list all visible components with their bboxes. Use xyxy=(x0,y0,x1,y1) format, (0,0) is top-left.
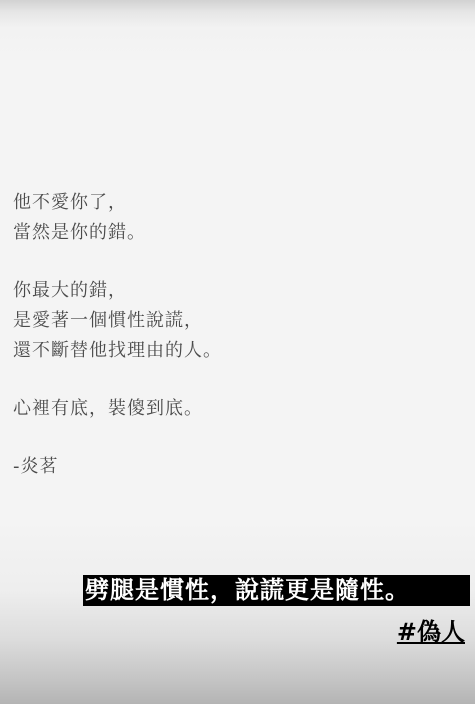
quote-text-block: 他不愛你了， 當然是你的錯。 你最大的錯， 是愛著一個慣性說謊， 還不斷替他找理… xyxy=(13,188,222,482)
stanza-3: 心裡有底，裝傻到底。 xyxy=(13,394,222,424)
stanza-2: 你最大的錯， 是愛著一個慣性說謊， 還不斷替他找理由的人。 xyxy=(13,276,222,366)
author-signature: -炎茗 xyxy=(13,452,222,482)
poem-line: 還不斷替他找理由的人。 xyxy=(13,336,222,366)
highlighted-caption: 劈腿是慣性，說謊更是隨性。 xyxy=(83,575,470,606)
hashtag-link[interactable]: #偽人 xyxy=(397,616,465,648)
poem-line: 是愛著一個慣性說謊， xyxy=(13,306,222,336)
poem-line: 心裡有底，裝傻到底。 xyxy=(13,394,222,424)
stanza-1: 他不愛你了， 當然是你的錯。 xyxy=(13,188,222,248)
poem-line: 你最大的錯， xyxy=(13,276,222,306)
poem-line: 當然是你的錯。 xyxy=(13,218,222,248)
poem-line: 他不愛你了， xyxy=(13,188,222,218)
